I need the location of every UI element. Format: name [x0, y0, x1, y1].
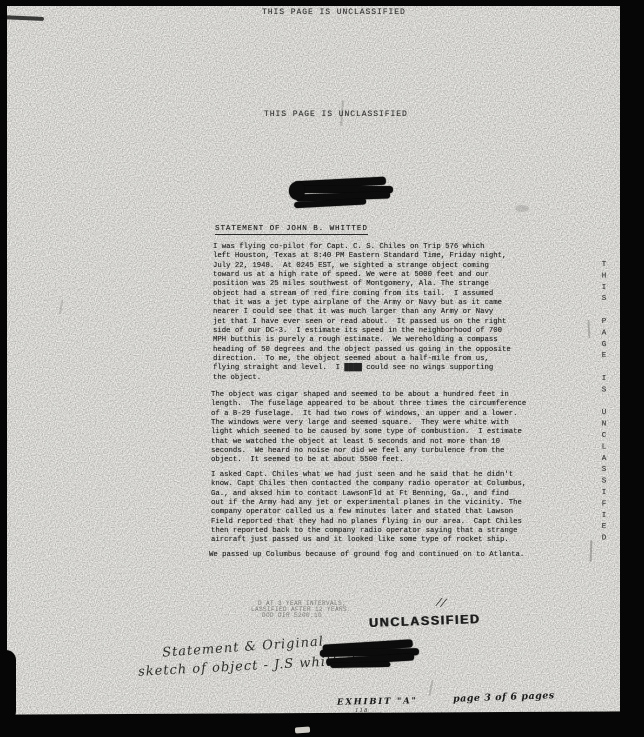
- page-count-note: page 3 of 6 pages: [453, 690, 555, 705]
- scan-border-bottom: [0, 711, 644, 737]
- statement-paragraph-1: I was flying co-pilot for Capt. C. S. Ch…: [213, 243, 511, 383]
- scan-border-right: [620, 0, 644, 737]
- scan-smudge: [515, 205, 529, 212]
- scan-border-left: [0, 0, 7, 737]
- exhibit-label: EXHIBIT "A": [337, 696, 418, 707]
- scan-scratch: [590, 540, 592, 562]
- side-vertical-classification-banner: THIS PAGE IS UNCLASSIFIED: [594, 261, 608, 546]
- statement-paragraph-2: The object was cigar shaped and seemed t…: [211, 391, 526, 466]
- declassification-stamp-line-3: DOD DIR 5200.10: [262, 612, 322, 619]
- scan-scratch: [588, 320, 590, 338]
- top-classification-banner: THIS PAGE IS UNCLASSIFIED: [262, 8, 406, 17]
- scanned-document-page: THIS PAGE IS UNCLASSIFIED THIS PAGE IS U…: [0, 0, 644, 737]
- scan-border-notch: [295, 726, 310, 733]
- scan-scratch: [59, 300, 63, 314]
- statement-heading: STATEMENT OF JOHN B. WHITTED: [215, 225, 368, 235]
- statement-paragraph-3: I asked Capt. Chiles what we had just se…: [211, 471, 526, 546]
- redaction-stroke: [330, 662, 390, 668]
- statement-paragraph-4: We passed up Columbus because of ground …: [209, 551, 524, 560]
- handwritten-tally-mark: //: [436, 595, 448, 610]
- scan-border-corner: [0, 650, 16, 725]
- redaction-scribble-bottom: [320, 640, 421, 670]
- scan-scratch: [428, 680, 433, 696]
- redaction-scribble-top: [292, 178, 394, 209]
- scan-border-top: [0, 0, 644, 6]
- middle-classification-banner: THIS PAGE IS UNCLASSIFIED: [264, 110, 408, 119]
- unclassified-stamp: UNCLASSIFIED: [369, 612, 481, 630]
